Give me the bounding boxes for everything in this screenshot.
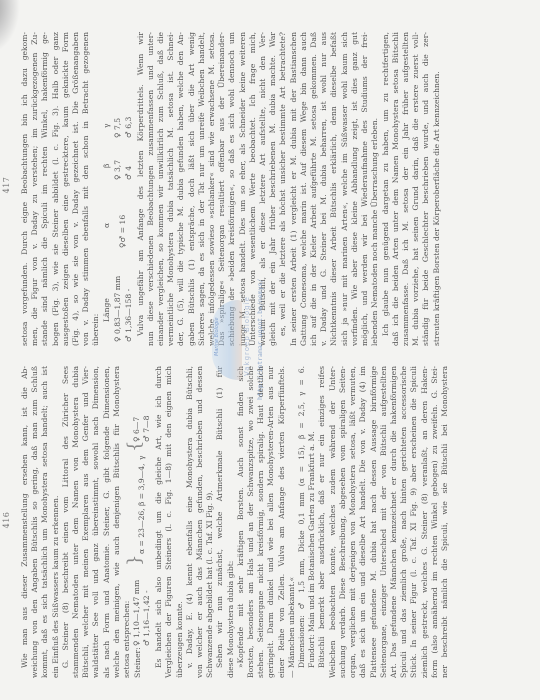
- text-line: der, G. (5), will die typische M. dubia …: [176, 32, 186, 346]
- text-line: Ich glaube nun genügend dargetan zu habe…: [381, 32, 391, 346]
- text-line: v. Daday, E. (4) kennt ebenfalls eine Mo…: [185, 366, 195, 678]
- text-line: es, weil er die letztere als höchst unsi…: [278, 32, 288, 346]
- text-line: In seiner ersten Arbeit (1) vergleicht e…: [289, 32, 299, 346]
- text-line: streuten kräftigen Borsten der Körperobe…: [432, 32, 442, 346]
- text-line: stammenden Nematoden unter dem Namen von…: [71, 366, 81, 678]
- text-line: organ, verglichen mit derjenigen von Mon…: [348, 366, 358, 678]
- text-line: bogen (Fig. 3), wie sie Steiner abbildet…: [51, 32, 61, 346]
- text-line: von welcher er auch das Männchen gefunde…: [195, 366, 205, 678]
- gamma-female: ♀ 7,5: [113, 118, 123, 138]
- text-line: Wie man aus dieser Zusammenstellung erse…: [20, 366, 30, 678]
- text-line: welche den meinigen, wie auch denjenigen…: [112, 366, 122, 678]
- text-line: sich ja »nur mit marinen Arten«, welche …: [340, 32, 350, 346]
- measure-label: Steiner:: [133, 647, 143, 678]
- measure-gamma-male: ♂ 7—8: [142, 416, 152, 442]
- text-line: Spiculi und das ziemlich große, nach hin…: [399, 366, 409, 678]
- female-length: ♀ 0,83—1,87 mm: [113, 276, 123, 342]
- text-line: stande sind nämlich die Spiculi im recht…: [40, 32, 50, 346]
- text-line: kommt, daß es sich tatsächlich um Monohy…: [40, 366, 50, 678]
- text-line: ich auf die in der Kieler Arbeit aufgefü…: [309, 32, 319, 346]
- text-line: vermeintliche Monohystera dubia tatsächl…: [166, 32, 176, 346]
- text-line: Seitenorgane, einziger Unterschied mit d…: [379, 366, 389, 678]
- text-line: G. Steiner (8) beschreibt einen vom Litt…: [61, 366, 71, 678]
- watermark-url: http://intramar.ugent.be/nemys/: [256, 279, 264, 400]
- watermark-logo-text: Marine Biologie: [214, 317, 220, 356]
- brace-icon: }: [130, 555, 140, 566]
- text-line: Stück. In seiner Figur (l. c. Taf. XI Fi…: [409, 366, 419, 678]
- brace-icon: {: [130, 441, 140, 452]
- text-line: überzeugen konnte.: [175, 366, 185, 678]
- text-line: ner beschreibt nämlich die Spiculi, wie …: [440, 366, 450, 678]
- male-length: ♂ 1,36—158 -: [124, 289, 134, 342]
- text-line: Vergleichen der Figuren Steiners (l. c. …: [164, 366, 174, 678]
- text-line: daß es sich um ein und dieselbe Art hand…: [358, 366, 368, 678]
- measure-gamma-female: ♀ 6—7: [132, 417, 142, 442]
- text-line: überein:: [91, 32, 101, 346]
- text-line: lebenden Nematoden noch manche Überrasch…: [370, 32, 380, 346]
- measure-male: ♂ 1,16—1,42 -: [142, 590, 152, 646]
- page-number: 417: [2, 10, 11, 360]
- text-line: Weibchen beobachten konnte, welches zude…: [328, 366, 338, 678]
- text-line: v. Daday und G. Steiner bei M. dubia beh…: [319, 32, 329, 346]
- text-line: gleich mit der ein Jahr früher beschrieb…: [268, 32, 278, 346]
- measurement-table: Länge α β γ ♀ 0,83—1,87 mm ♂ 1,36—158 - …: [102, 32, 136, 346]
- text-line: daß ich die beiden Arten unter dem Namen…: [391, 32, 401, 346]
- beta-female: ♀ 3,7: [113, 160, 123, 180]
- gamma-male: ♂ 6,3: [124, 117, 134, 138]
- text-line: ständig für beide Geschlechter beschrieb…: [421, 32, 431, 346]
- text-line: ausgestoßen zeigen dieselben eine gestre…: [61, 32, 71, 346]
- text-line: Nichtkenntnis dieser Arbeit Bütschlis er…: [329, 32, 339, 346]
- text-line: setosa vorgefunden. Durch eigne Beobacht…: [20, 32, 30, 346]
- watermark: [205, 404, 325, 464]
- alpha-value: ♀♂ = 16: [118, 215, 128, 248]
- text-line: Bütschli, welcher mit meinen Exemplaren …: [81, 366, 91, 678]
- text-line: vorfinden. Wie aber diese kleine Abhandl…: [350, 32, 360, 346]
- text-line: Vulva ungefähr am Anfange des letzten Kö…: [136, 32, 146, 346]
- text-line: gaben Bütschlis (1) entspräche, doch läß…: [187, 32, 197, 346]
- text-line: (Fig. 4), so wie sie von v. Daday gezeic…: [71, 32, 81, 346]
- page-416: 416 Wie man aus dieser Zusammenstellung …: [0, 350, 540, 700]
- text-line: ein Einfluß des Süßwassers kaum zu erken…: [51, 366, 61, 678]
- text-line: men, die Figur von v. Daday zu verstehen…: [30, 32, 40, 346]
- header-gamma: γ: [102, 123, 112, 128]
- measure-gamma: γ: [137, 455, 147, 460]
- page-number: 416: [2, 345, 11, 695]
- book-spread: 416 Wie man aus dieser Zusammenstellung …: [0, 0, 540, 700]
- text-line: möglich, und werden wir bei Wiederaufnah…: [360, 32, 370, 346]
- header-alpha: α: [102, 223, 112, 228]
- text-line: waldstätter See voll und ganz übereinsti…: [91, 366, 101, 678]
- beta-male: ♂ 4: [124, 166, 134, 180]
- text-line: Sicheres sagen, da es sich in der Tat nu…: [197, 32, 207, 346]
- text-line: form (also annähernd im rechten Winkel g…: [430, 366, 440, 678]
- measure-female: ♀ 1,10—1,47 mm: [132, 580, 142, 646]
- text-line: Es handelt sich also unbedingt um die gl…: [154, 366, 164, 678]
- text-line: als nach Form und Anatomie. Steiner, G. …: [102, 366, 112, 678]
- watermark-block: Marine Biologie Vakgroep Biologie http:/…: [212, 280, 268, 400]
- header-laenge: Länge: [102, 298, 112, 322]
- text-line: nun diese verschiedenen Beobachtungen zu…: [146, 32, 156, 346]
- text-line: Gattung Comesoma, welche marin ist. Auf …: [299, 32, 309, 346]
- text-line: ziemlich gestreckt, welches G. Steiner (…: [420, 366, 430, 678]
- text-line: setosa entsprechen:: [122, 366, 132, 678]
- measurement-block: Steiner: ♀ 1,10—1,47 mm ♂ 1,16—1,42 - } …: [132, 366, 154, 678]
- text-line: weichung von den Angaben Bütschlis so ge…: [30, 366, 40, 678]
- text-line: einander vergleichen, so kommen wir unwi…: [156, 32, 166, 346]
- measure-alpha: α = 23—26,: [137, 508, 147, 554]
- text-line: suchung verdarb. Diese Beschreibung, abg…: [338, 366, 348, 678]
- text-line: von v. Daday stimmen ebenfalls mit den s…: [81, 32, 91, 346]
- text-line: Plattensee gefundene M. dubia hat nach d…: [369, 366, 379, 678]
- text-line: Art. Das gefundene Männchen kennzeichnet…: [389, 366, 399, 678]
- text-line: zusammenfasse. Daß ich M. setosa der ein…: [401, 32, 411, 346]
- measure-beta: β = 3,9—4,: [137, 464, 147, 507]
- text-line: M. dubia vorziehe, hat seinen Grund dari…: [411, 32, 421, 346]
- header-beta: β: [102, 164, 112, 168]
- watermark-department: Vakgroep Biologie: [243, 296, 251, 376]
- page-417: 417 setosa vorgefunden. Durch eigne Beob…: [0, 0, 540, 350]
